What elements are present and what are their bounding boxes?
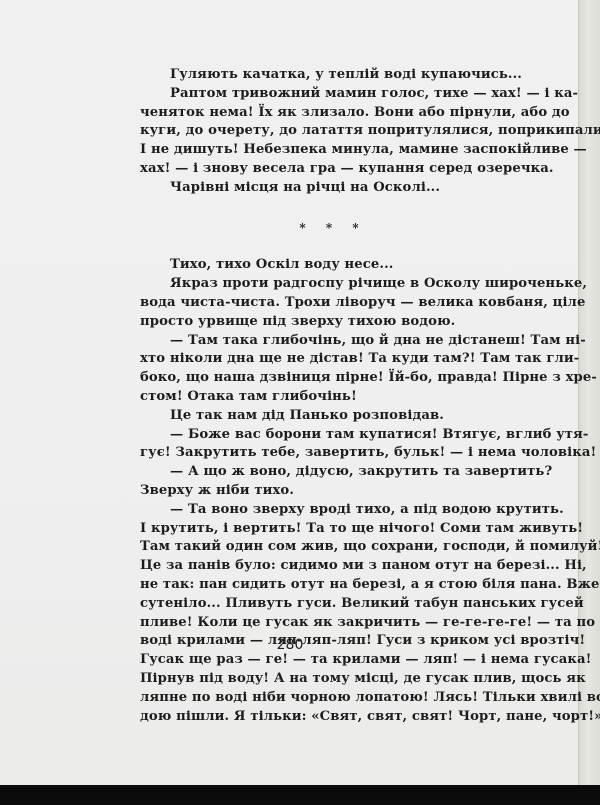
text-line: Раптом тривожний мамин голос, тихе — хах… [140, 85, 518, 104]
text-line: — Там така глибочінь, що й дна не дістан… [140, 332, 518, 351]
text-line: пливе! Коли це гусак як закричить — ге-г… [140, 614, 518, 633]
text-line: Чарівні місця на річці на Осколі... [140, 179, 518, 198]
text-line: Гуляють качатка, у теплій воді купаючись… [140, 66, 518, 85]
paragraph: Раптом тривожний мамин голос, тихе — хах… [140, 85, 518, 179]
text-line: не так: пан сидить отут на березі, а я с… [140, 576, 518, 595]
paragraph: — Там така глибочінь, що й дна не дістан… [140, 332, 518, 407]
text-line: Це так нам дід Панько розповідав. [140, 407, 518, 426]
text-line: хах! — і знову весела гра — купання сере… [140, 160, 518, 179]
text-line: ченяток нема! Їх як злизало. Вони або пі… [140, 104, 518, 123]
paragraph: — Та воно зверху вроді тихо, а під водою… [140, 501, 518, 727]
text-line: Це за панів було: сидимо ми з паном отут… [140, 557, 518, 576]
scan-border [0, 785, 600, 805]
section-1: Гуляють качатка, у теплій воді купаючись… [140, 66, 518, 198]
text-line: — Боже вас борони там купатися! Втягує, … [140, 426, 518, 445]
text-line: вода чиста-чиста. Трохи ліворуч — велика… [140, 294, 518, 313]
text-line: Пірнув під воду! А на тому місці, де гус… [140, 670, 518, 689]
paragraph: Тихо, тихо Оскіл воду несе... [140, 256, 518, 275]
paragraph: Це так нам дід Панько розповідав. [140, 407, 518, 426]
paragraph: — Боже вас борони там купатися! Втягує, … [140, 426, 518, 464]
paragraph: — А що ж воно, дідусю, закрутить та заве… [140, 463, 518, 501]
text-line: дою пішли. Я тільки: «Свят, свят, свят! … [140, 708, 518, 727]
text-line: сутеніло... Пливуть гуси. Великий табун … [140, 595, 518, 614]
page-number: 280 [0, 637, 580, 653]
paragraph: Якраз проти радгоспу річище в Осколу шир… [140, 275, 518, 331]
text-line: І крутить, і вертить! Та то ще нічого! С… [140, 520, 518, 539]
paragraph: Гуляють качатка, у теплій воді купаючись… [140, 66, 518, 85]
text-line: куги, до очерету, до латаття попритуляли… [140, 122, 518, 141]
text-line: просто урвище під зверху тихою водою. [140, 313, 518, 332]
text-line: Тихо, тихо Оскіл воду несе... [140, 256, 518, 275]
text-line: стом! Отака там глибочінь! [140, 388, 518, 407]
text-line: — А що ж воно, дідусю, закрутить та заве… [140, 463, 518, 482]
text-line: гує! Закрутить тебе, завертить, бульк! —… [140, 444, 518, 463]
page-text: Гуляють качатка, у теплій воді купаючись… [140, 66, 518, 726]
text-line: Гусак ще раз — ге! — та крилами — ляп! —… [140, 651, 518, 670]
text-line: Там такий один сом жив, що сохрани, госп… [140, 538, 518, 557]
text-line: Зверху ж ніби тихо. [140, 482, 518, 501]
text-line: ляпне по воді ніби чорною лопатою! Лясь!… [140, 689, 518, 708]
text-line: хто ніколи дна ще не дістав! Та куди там… [140, 350, 518, 369]
text-line: боко, що наша дзвіниця пірне! Їй-бо, пра… [140, 369, 518, 388]
section-2: Тихо, тихо Оскіл воду несе...Якраз проти… [140, 256, 518, 726]
section-separator: * * * [140, 219, 518, 238]
page-edge [578, 0, 600, 785]
text-line: Якраз проти радгоспу річище в Осколу шир… [140, 275, 518, 294]
paragraph: Чарівні місця на річці на Осколі... [140, 179, 518, 198]
text-line: — Та воно зверху вроді тихо, а під водою… [140, 501, 518, 520]
text-line: І не дишуть! Небезпека минула, мамине за… [140, 141, 518, 160]
